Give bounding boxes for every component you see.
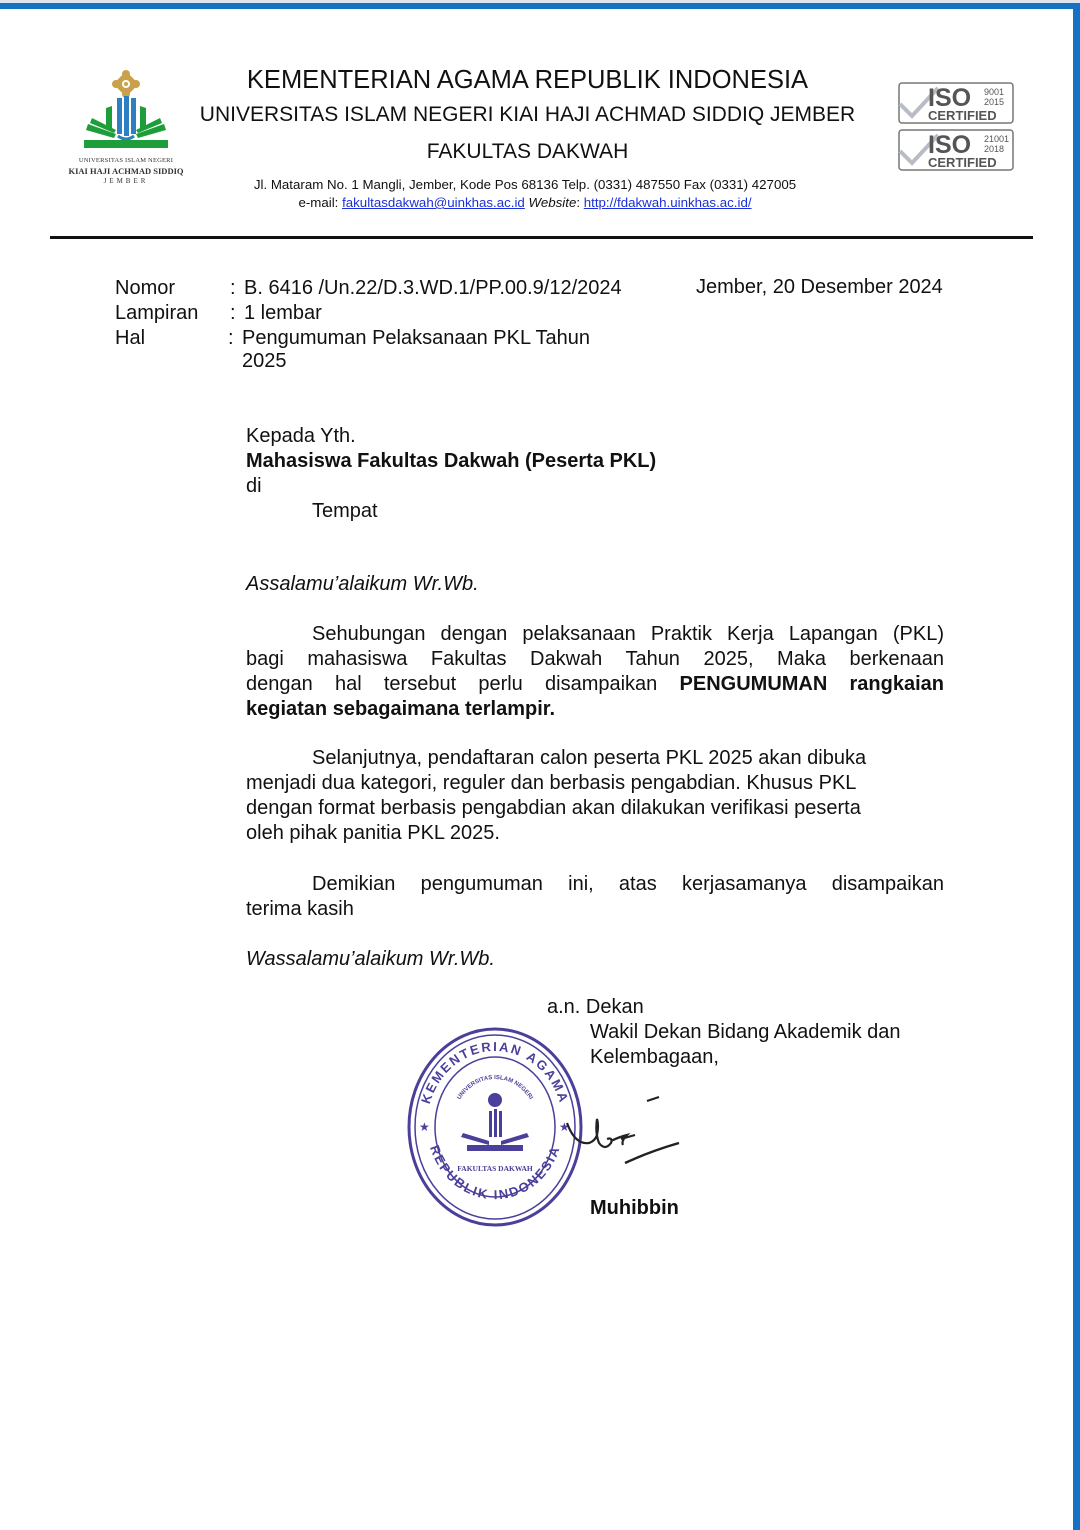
university-title: UNIVERSITAS ISLAM NEGERI KIAI HAJI ACHMA… [180, 103, 875, 127]
lampiran-value: 1 lembar [244, 301, 322, 326]
stamp-seal-icon: KEMENTERIAN AGAMA REPUBLIK INDONESIA UNI… [405, 1025, 585, 1229]
p3-line1: Demikian pengumuman ini, atas kerjasaman… [246, 872, 944, 897]
iso-9001-badge: ISO 9001 2015 CERTIFIED [898, 82, 1014, 124]
p3-line2: terima kasih [246, 897, 944, 922]
paragraph-2: Selanjutnya, pendaftaran calon peserta P… [246, 746, 944, 846]
lampiran-label: Lampiran [115, 301, 198, 326]
hal-colon: : [228, 326, 234, 351]
p2-line2: menjadi dua kategori, reguler dan berbas… [246, 771, 944, 796]
p1-line3: dengan hal tersebut perlu disampaikan PE… [246, 672, 944, 697]
on-behalf: a.n. Dekan [547, 995, 644, 1020]
p1-line3-plain: dengan hal tersebut perlu disampaikan [246, 673, 657, 695]
place-date: Jember, 20 Desember 2024 [696, 276, 943, 299]
email-link[interactable]: fakultasdakwah@uinkhas.ac.id [342, 195, 525, 210]
page-frame-top [0, 3, 1080, 9]
nomor-colon: : [230, 276, 236, 301]
paragraph-3: Demikian pengumuman ini, atas kerjasaman… [246, 872, 944, 922]
iso-21001-badge: ISO 21001 2018 CERTIFIED [898, 129, 1014, 171]
hal-value-line2: 2025 [242, 349, 287, 374]
p1-line3-bold: PENGUMUMAN rangkaian [680, 673, 944, 695]
website-link[interactable]: http://fdakwah.uinkhas.ac.id/ [584, 195, 752, 210]
iso-year: 2018 [984, 144, 1004, 154]
nomor-label: Nomor [115, 276, 175, 301]
hal-value-line1: Pengumuman Pelaksanaan PKL Tahun [242, 326, 590, 351]
signatory-name: Muhibbin [590, 1196, 679, 1221]
handwritten-signature [565, 1085, 685, 1175]
closing-greeting: Wassalamu’alaikum Wr.Wb. [246, 947, 495, 972]
iso-label: CERTIFIED [928, 108, 997, 123]
website-separator: : [576, 195, 580, 210]
page-frame-right [1073, 3, 1080, 1530]
iso-year: 2015 [984, 97, 1004, 107]
p1-line1: Sehubungan dengan pelaksanaan Praktik Ke… [246, 622, 944, 647]
ministry-title: KEMENTERIAN AGAMA REPUBLIK INDONESIA [180, 66, 875, 95]
iso-number: 9001 [984, 87, 1004, 97]
p2-line1: Selanjutnya, pendaftaran calon peserta P… [246, 746, 944, 771]
paragraph-1: Sehubungan dengan pelaksanaan Praktik Ke… [246, 622, 944, 722]
p2-line3: dengan format berbasis pengabdian akan d… [246, 796, 944, 821]
address-line: Jl. Mataram No. 1 Mangli, Jember, Kode P… [190, 177, 860, 192]
stamp-inner-label: FAKULTAS DAKWAH [457, 1164, 533, 1173]
p2-line4: oleh pihak panitia PKL 2025. [246, 821, 944, 846]
signature-icon [565, 1085, 685, 1175]
logo-caption-line3: JEMBER [62, 177, 190, 185]
hal-label: Hal [115, 326, 145, 351]
p1-line4: kegiatan sebagaimana terlampir. [246, 697, 944, 722]
logo-caption-line2: KIAI HAJI ACHMAD SIDDIQ [62, 166, 190, 176]
iso-label: CERTIFIED [928, 155, 997, 170]
opening-greeting: Assalamu’alaikum Wr.Wb. [246, 572, 479, 597]
website-label: Website [529, 195, 577, 210]
contact-line: e-mail: fakultasdakwah@uinkhas.ac.id Web… [190, 195, 860, 210]
university-logo: UNIVERSITAS ISLAM NEGERI KIAI HAJI ACHMA… [62, 68, 190, 192]
letterhead-divider [50, 236, 1033, 239]
iso-certified-icon: ISO 9001 2015 CERTIFIED [898, 82, 1014, 124]
email-label: e-mail: [298, 195, 338, 210]
svg-text:★: ★ [419, 1120, 430, 1134]
nomor-value: B. 6416 /Un.22/D.3.WD.1/PP.00.9/12/2024 [244, 276, 622, 301]
position-line2: Kelembagaan, [590, 1045, 719, 1070]
recipient-di: di [246, 474, 262, 499]
p1-line2: bagi mahasiswa Fakultas Dakwah Tahun 202… [246, 647, 944, 672]
iso-number: 21001 [984, 134, 1009, 144]
recipient-name: Mahasiswa Fakultas Dakwah (Peserta PKL) [246, 449, 656, 474]
position-line1: Wakil Dekan Bidang Akademik dan [590, 1020, 901, 1045]
recipient-place: Tempat [312, 499, 378, 524]
logo-caption-line1: UNIVERSITAS ISLAM NEGERI [62, 157, 190, 164]
official-stamp: KEMENTERIAN AGAMA REPUBLIK INDONESIA UNI… [405, 1025, 585, 1229]
recipient-salutation: Kepada Yth. [246, 424, 356, 449]
faculty-title: FAKULTAS DAKWAH [180, 140, 875, 164]
university-logo-icon [78, 68, 174, 156]
lampiran-colon: : [230, 301, 236, 326]
iso-certified-icon: ISO 21001 2018 CERTIFIED [898, 129, 1014, 171]
